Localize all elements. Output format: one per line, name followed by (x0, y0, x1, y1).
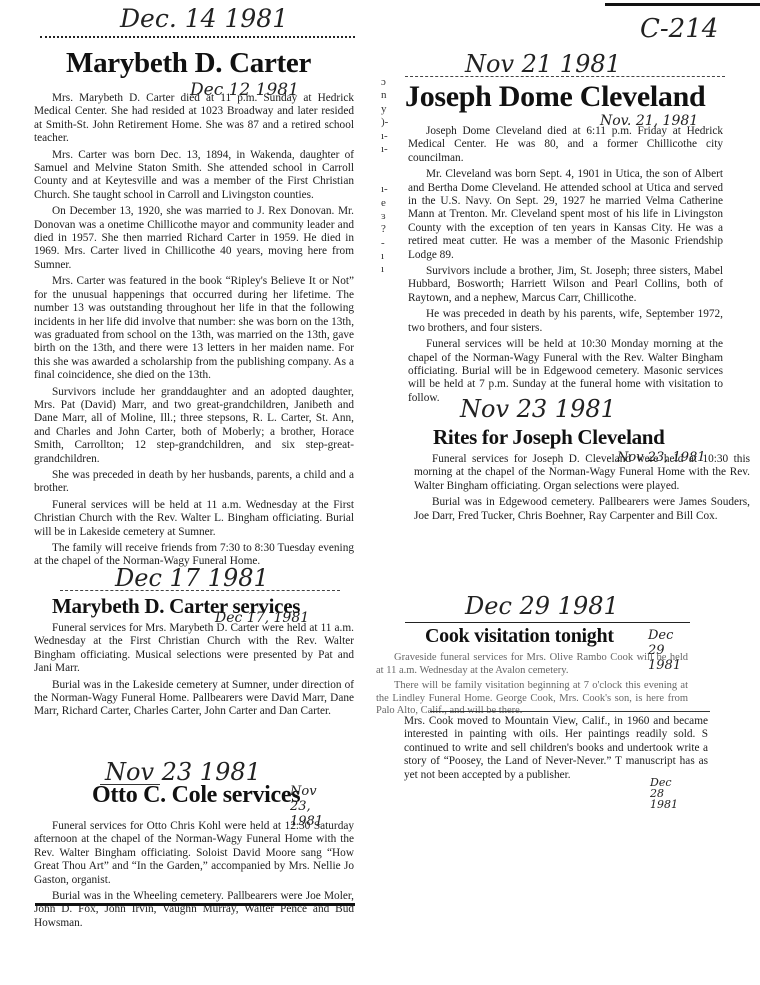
headline: Cook visitation tonight (425, 625, 614, 648)
paragraph: Funeral services for Mrs. Marybeth D. Ca… (34, 622, 354, 676)
paragraph: Survivors include a brother, Jim, St. Jo… (408, 265, 723, 305)
paragraph: Funeral services for Joseph D. Cleveland… (414, 453, 750, 493)
paragraph: Burial was in the Lakeside cemetery at S… (34, 679, 354, 719)
article-body: Funeral services for Otto Chris Kohl wer… (34, 820, 354, 933)
article-continuation: Mrs. Cook moved to Mountain View, Calif.… (404, 715, 708, 785)
paragraph: She was preceded in death by her husband… (34, 469, 354, 496)
paragraph: Funeral services will be held at 11 a.m.… (34, 499, 354, 539)
clipping-edge (60, 590, 340, 591)
handwritten-date-note: Dec 17 1981 (115, 564, 269, 592)
paragraph: Mrs. Carter was featured in the book “Ri… (34, 275, 354, 382)
paragraph: Funeral services for Otto Chris Kohl wer… (34, 820, 354, 887)
clipping-edge (405, 622, 690, 623)
paragraph: Mrs. Carter was born Dec. 13, 1894, in W… (34, 149, 354, 203)
article-body: Mrs. Marybeth D. Carter died at 11 p.m. … (34, 92, 354, 572)
article-body: Funeral services for Mrs. Marybeth D. Ca… (34, 622, 354, 722)
article-body: Funeral services for Joseph D. Cleveland… (414, 453, 750, 526)
handwritten-end-note: Dec 28 1981 (650, 777, 680, 810)
clipping-cook-visitation: Dec 29 1981 Cook visitation tonight Dec … (380, 590, 760, 800)
paragraph: Joseph Dome Cleveland died at 6:11 p.m. … (408, 125, 723, 165)
clipping-edge (35, 903, 355, 906)
clipping-edge (405, 76, 725, 77)
paragraph: Mrs. Marybeth D. Carter died at 11 p.m. … (34, 92, 354, 146)
headline: Joseph Dome Cleveland (405, 80, 705, 114)
article-body: Joseph Dome Cleveland died at 6:11 p.m. … (408, 125, 723, 408)
paragraph: Graveside funeral services for Mrs. Oliv… (376, 652, 688, 677)
handwritten-date-note: Nov 21 1981 (465, 50, 621, 78)
clipping-edge (605, 3, 760, 6)
clipping-cleveland-obituary: Nov 21 1981 Joseph Dome Cleveland Nov. 2… (395, 0, 760, 360)
paragraph: Burial was in the Wheeling cemetery. Pal… (34, 890, 354, 930)
handwritten-date-note: Nov 23 1981 (460, 395, 616, 423)
paragraph: Burial was in Edgewood cemetery. Pallbea… (414, 496, 750, 523)
headline: Otto C. Cole services (92, 782, 300, 809)
headline: Marybeth D. Carter (66, 47, 311, 80)
clipping-edge (40, 36, 355, 38)
clipping-cleveland-rites: Nov 23 1981 Rites for Joseph Cleveland N… (395, 395, 760, 545)
clipping-carter-obituary: Dec. 14 1981 Marybeth D. Carter Dec 12 1… (0, 0, 370, 560)
clipping-carter-services: Dec 17 1981 Marybeth D. Carter services … (0, 560, 370, 735)
paragraph: Survivors include her granddaughter and … (34, 386, 354, 466)
paragraph: Mr. Cleveland was born Sept. 4, 1901 in … (408, 168, 723, 262)
clipping-edge (430, 711, 710, 712)
paragraph: On December 13, 1920, she was married to… (34, 205, 354, 272)
paragraph: There will be family visitation beginnin… (376, 680, 688, 718)
paragraph: Mrs. Cook moved to Mountain View, Calif.… (404, 715, 708, 782)
headline: Rites for Joseph Cleveland (433, 425, 665, 450)
margin-text-fragment: ɔny)-ı-ı-ı-eɜ?-ıı (381, 76, 388, 277)
paragraph: He was preceded in death by his parents,… (408, 308, 723, 335)
handwritten-date-note: Dec. 14 1981 (120, 4, 288, 33)
handwritten-date-note: Dec 29 1981 (465, 592, 619, 620)
clipping-cole-services: Nov 23 1981 Otto C. Cole services Nov 23… (0, 740, 370, 915)
